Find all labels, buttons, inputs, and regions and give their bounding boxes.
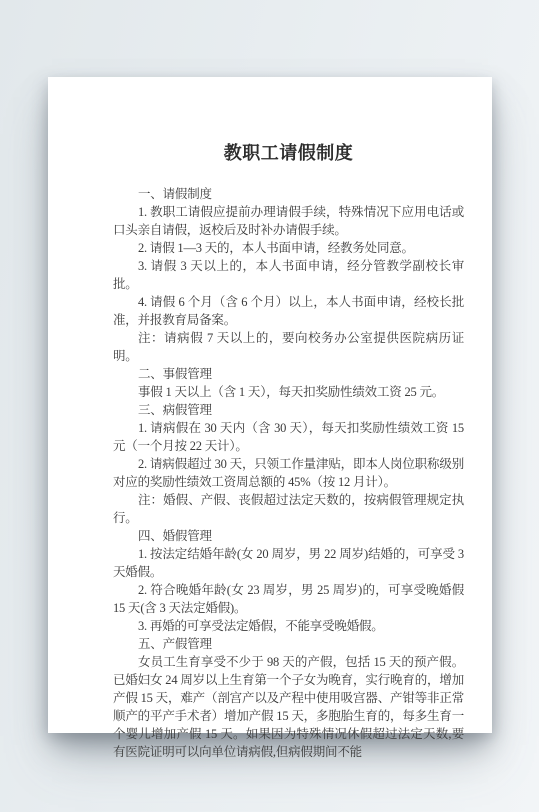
- document-paragraph: 2. 请假 1—3 天的，本人书面申请，经教务处同意。: [113, 239, 464, 257]
- section-heading: 四、婚假管理: [113, 527, 464, 545]
- document-paragraph: 3. 再婚的可享受法定婚假，不能享受晚婚假。: [113, 617, 464, 635]
- document-page: 教职工请假制度 一、请假制度1. 教职工请假应提前办理请假手续，特殊情况下应用电…: [48, 77, 492, 733]
- section-heading: 三、病假管理: [113, 401, 464, 419]
- section-heading: 五、产假管理: [113, 635, 464, 653]
- document-title: 教职工请假制度: [113, 142, 464, 164]
- document-paragraph: 2. 符合晚婚年龄(女 23 周岁，男 25 周岁)的，可享受晚婚假 15 天(…: [113, 581, 464, 617]
- document-paragraph: 1. 请病假在 30 天内（含 30 天），每天扣奖励性绩效工资 15 元（一个…: [113, 419, 464, 455]
- document-paragraph: 1. 按法定结婚年龄(女 20 周岁，男 22 周岁)结婚的，可享受 3 天婚假…: [113, 545, 464, 581]
- section-heading: 一、请假制度: [113, 185, 464, 203]
- document-paragraph: 注：婚假、产假、丧假超过法定天数的，按病假管理规定执行。: [113, 491, 464, 527]
- document-paragraph: 注：请病假 7 天以上的，要向校务办公室提供医院病历证明。: [113, 329, 464, 365]
- document-paragraph: 1. 教职工请假应提前办理请假手续，特殊情况下应用电话或口头亲自请假，返校后及时…: [113, 203, 464, 239]
- document-body: 一、请假制度1. 教职工请假应提前办理请假手续，特殊情况下应用电话或口头亲自请假…: [113, 185, 464, 761]
- document-paragraph: 事假 1 天以上（含 1 天），每天扣奖励性绩效工资 25 元。: [113, 383, 464, 401]
- document-paragraph: 4. 请假 6 个月（含 6 个月）以上，本人书面申请，经校长批准，并报教育局备…: [113, 293, 464, 329]
- document-paragraph: 3. 请假 3 天以上的，本人书面申请，经分管教学副校长审批。: [113, 257, 464, 293]
- section-heading: 二、事假管理: [113, 365, 464, 383]
- document-paragraph: 2. 请病假超过 30 天，只领工作量津贴，即本人岗位职称级别对应的奖励性绩效工…: [113, 455, 464, 491]
- document-paragraph: 女员工生育享受不少于 98 天的产假，包括 15 天的预产假。已婚妇女 24 周…: [113, 653, 464, 761]
